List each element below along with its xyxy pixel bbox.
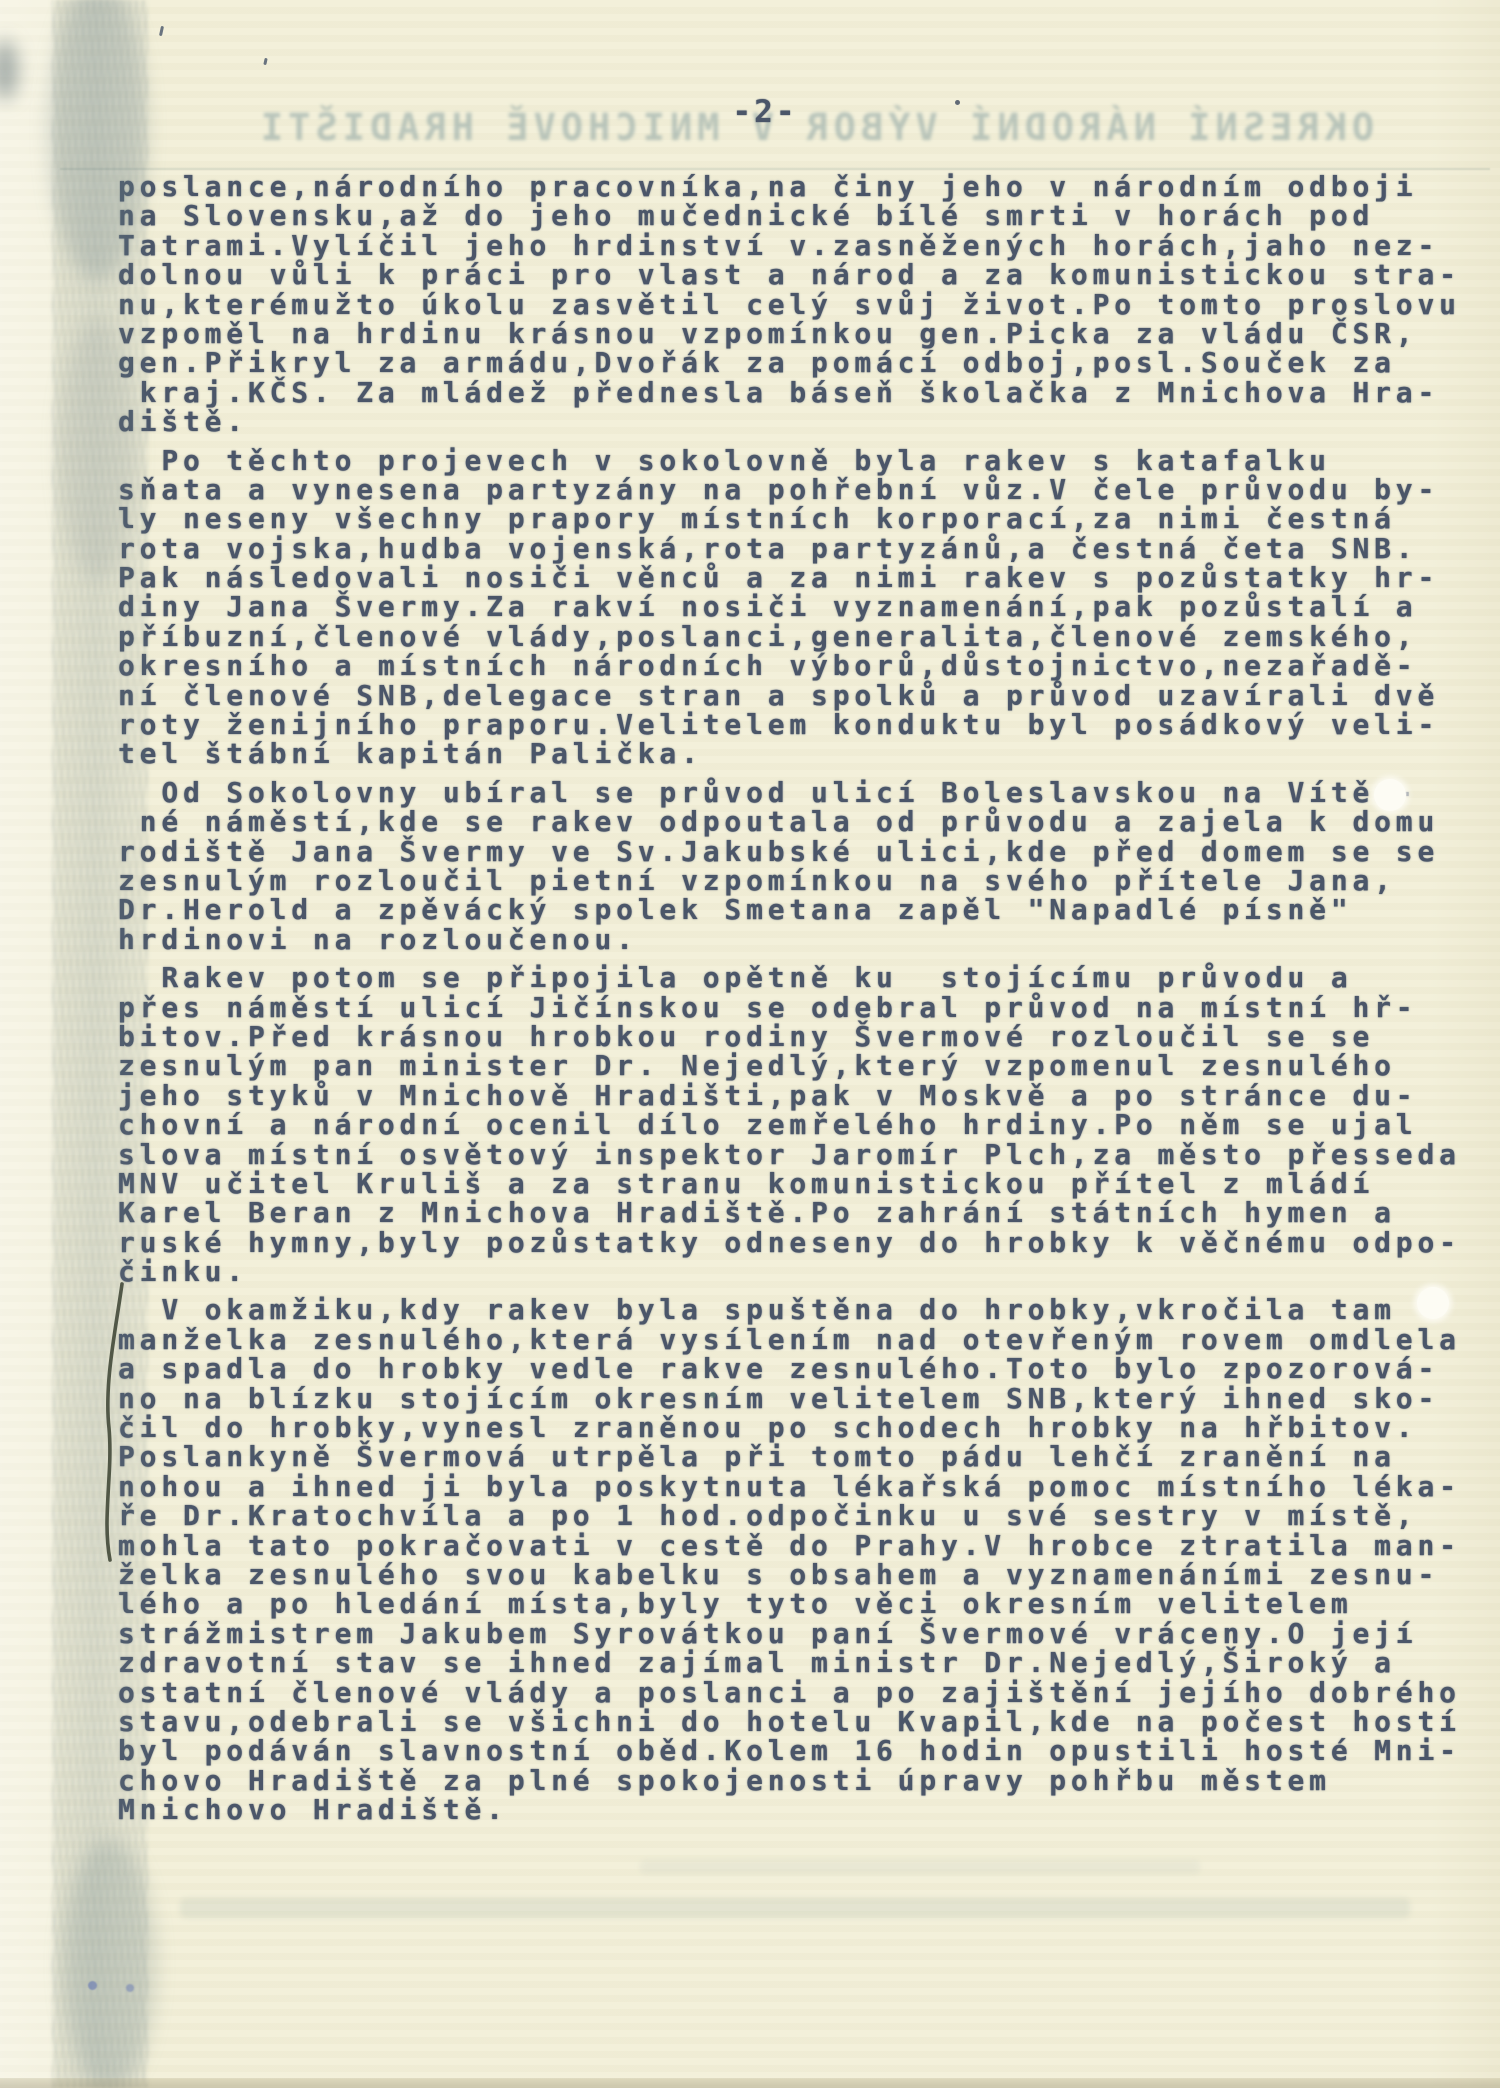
scanner-edge-band xyxy=(52,0,148,2088)
edge-smudge-bottom xyxy=(62,1840,157,2090)
blue-dot xyxy=(88,1981,97,1990)
text-line: kraj.KČS. Za mládež přednesla báseň škol… xyxy=(118,378,1488,407)
text-line: bitov.Před krásnou hrobkou rodiny Švermo… xyxy=(118,1022,1488,1051)
text-line: čil do hrobky,vynesl zraněnou po schodec… xyxy=(118,1413,1488,1442)
ink-speck xyxy=(710,1392,716,1398)
text-line: chovo Hradiště za plné spokojenosti úpra… xyxy=(118,1766,1488,1795)
text-line: no na blízku stojícím okresním velitelem… xyxy=(118,1384,1488,1413)
text-line: V okamžiku,kdy rakev byla spuštěna do hr… xyxy=(118,1295,1488,1324)
text-line: Mnichovo Hradiště. xyxy=(118,1795,1488,1824)
text-line: přes náměstí ulicí Jičínskou se odebral … xyxy=(118,993,1488,1022)
text-line: a spadla do hrobky vedle rakve zesnulého… xyxy=(118,1354,1488,1383)
text-line: byl podáván slavnostní oběd.Kolem 16 hod… xyxy=(118,1736,1488,1765)
bleedthrough-ghost-line xyxy=(180,1898,1410,1918)
text-line: poslance,národního pracovníka,na činy je… xyxy=(118,172,1488,201)
text-line: nu,kterémužto úkolu zasvětil celý svůj ž… xyxy=(118,290,1488,319)
corner-smudge xyxy=(0,40,18,100)
text-line: gen.Přikryl za armádu,Dvořák za pomácí o… xyxy=(118,348,1488,377)
ink-tick-mark xyxy=(159,26,164,36)
text-line: sňata a vynesena partyzány na pohřební v… xyxy=(118,475,1488,504)
text-line: strážmistrem Jakubem Syrovátkou paní Šve… xyxy=(118,1619,1488,1648)
edge-smudge-middle xyxy=(58,320,138,580)
text-line: diště. xyxy=(118,407,1488,436)
page-number: -2- xyxy=(0,94,1500,130)
blue-dot xyxy=(126,1984,134,1992)
text-line: zesnulým rozloučil pietní vzpomínkou na … xyxy=(118,866,1488,895)
scan-background xyxy=(0,2088,1500,2100)
text-line: diny Jana Švermy.Za rakví nosiči vyzname… xyxy=(118,592,1488,621)
text-line: Pak následovali nosiči věnců a za nimi r… xyxy=(118,563,1488,592)
text-line: manželka zesnulého,která vysílením nad o… xyxy=(118,1325,1488,1354)
text-line: okresního a místních národních výborů,dů… xyxy=(118,651,1488,680)
paragraph: V okamžiku,kdy rakev byla spuštěna do hr… xyxy=(118,1295,1488,1824)
punch-hole-upper xyxy=(1374,779,1406,811)
text-line: Karel Beran z Mnichova Hradiště.Po zahrá… xyxy=(118,1198,1488,1227)
text-line: ře Dr.Kratochvíla a po 1 hod.odpočinku u… xyxy=(118,1501,1488,1530)
text-line: hrdinovi na rozloučenou. xyxy=(118,925,1488,954)
text-line: zdravotní stav se ihned zajímal ministr … xyxy=(118,1648,1488,1677)
text-column: poslance,národního pracovníka,na činy je… xyxy=(118,172,1488,1833)
text-line: ruské hymny,byly pozůstatky odneseny do … xyxy=(118,1228,1488,1257)
text-line: né náměstí,kde se rakev odpoutala od prů… xyxy=(118,807,1488,836)
paper-page: OKRESNÍ NÁRODNÍ VÝBOR V MNICHOVĚ HRADIŠT… xyxy=(0,0,1500,2088)
text-line: Rakev potom se připojila opětně ku stojí… xyxy=(118,963,1488,992)
text-line: Od Sokolovny ubíral se průvod ulicí Bole… xyxy=(118,778,1488,807)
text-line: Dr.Herold a zpěvácký spolek Smetana zapě… xyxy=(118,895,1488,924)
text-line: roty ženijního praporu.Velitelem kondukt… xyxy=(118,710,1488,739)
text-line: rota vojska,hudba vojenská,rota partyzán… xyxy=(118,534,1488,563)
text-line: želka zesnulého svou kabelku s obsahem a… xyxy=(118,1560,1488,1589)
text-line: stavu,odebrali se všichni do hotelu Kvap… xyxy=(118,1707,1488,1736)
bleedthrough-ghost-line xyxy=(640,1860,1200,1874)
scanned-document: { "document": { "page_number": "-2-", "b… xyxy=(0,0,1500,2100)
punch-hole-lower xyxy=(1417,1287,1449,1319)
text-line: ní členové SNB,delegace stran a spolků a… xyxy=(118,681,1488,710)
text-line: zesnulým pan minister Dr. Nejedlý,který … xyxy=(118,1051,1488,1080)
text-line: ostatní členové vlády a poslanci a po za… xyxy=(118,1678,1488,1707)
paragraph: Po těchto projevech v sokolovně byla rak… xyxy=(118,446,1488,769)
margin-pencil-mark xyxy=(92,1278,136,1578)
text-line: činku. xyxy=(118,1257,1488,1286)
text-line: chovní a národní ocenil dílo zemřelého h… xyxy=(118,1110,1488,1139)
text-line: jeho styků v Mnichově Hradišti,pak v Mos… xyxy=(118,1081,1488,1110)
paragraph: Od Sokolovny ubíral se průvod ulicí Bole… xyxy=(118,778,1488,954)
paragraph: Rakev potom se připojila opětně ku stojí… xyxy=(118,963,1488,1286)
text-line: dolnou vůli k práci pro vlast a národ a … xyxy=(118,260,1488,289)
text-line: tel štábní kapitán Palička. xyxy=(118,739,1488,768)
text-line: lého a po hledání místa,byly tyto věci o… xyxy=(118,1589,1488,1618)
text-line: Poslankyně Švermová utrpěla při tomto pá… xyxy=(118,1442,1488,1471)
text-line: na Slovensku,až do jeho mučednické bílé … xyxy=(118,201,1488,230)
text-line: Po těchto projevech v sokolovně byla rak… xyxy=(118,446,1488,475)
paragraph: poslance,národního pracovníka,na činy je… xyxy=(118,172,1488,437)
text-line: ly neseny všechny prapory místních korpo… xyxy=(118,504,1488,533)
text-line: rodiště Jana Švermy ve Sv.Jakubské ulici… xyxy=(118,837,1488,866)
ink-tick-mark xyxy=(263,58,267,65)
text-line: příbuzní,členové vlády,poslanci,generali… xyxy=(118,622,1488,651)
text-line: nohou a ihned ji byla poskytnuta lékařsk… xyxy=(118,1472,1488,1501)
text-line: Tatrami.Vylíčil jeho hrdinství v.zasněže… xyxy=(118,231,1488,260)
text-line: MNV učitel Kruliš a za stranu komunistic… xyxy=(118,1169,1488,1198)
text-line: slova místní osvětový inspektor Jaromír … xyxy=(118,1140,1488,1169)
ink-speck xyxy=(955,100,960,105)
text-line: mohla tato pokračovati v cestě do Prahy.… xyxy=(118,1531,1488,1560)
text-line: vzpoměl na hrdinu krásnou vzpomínkou gen… xyxy=(118,319,1488,348)
